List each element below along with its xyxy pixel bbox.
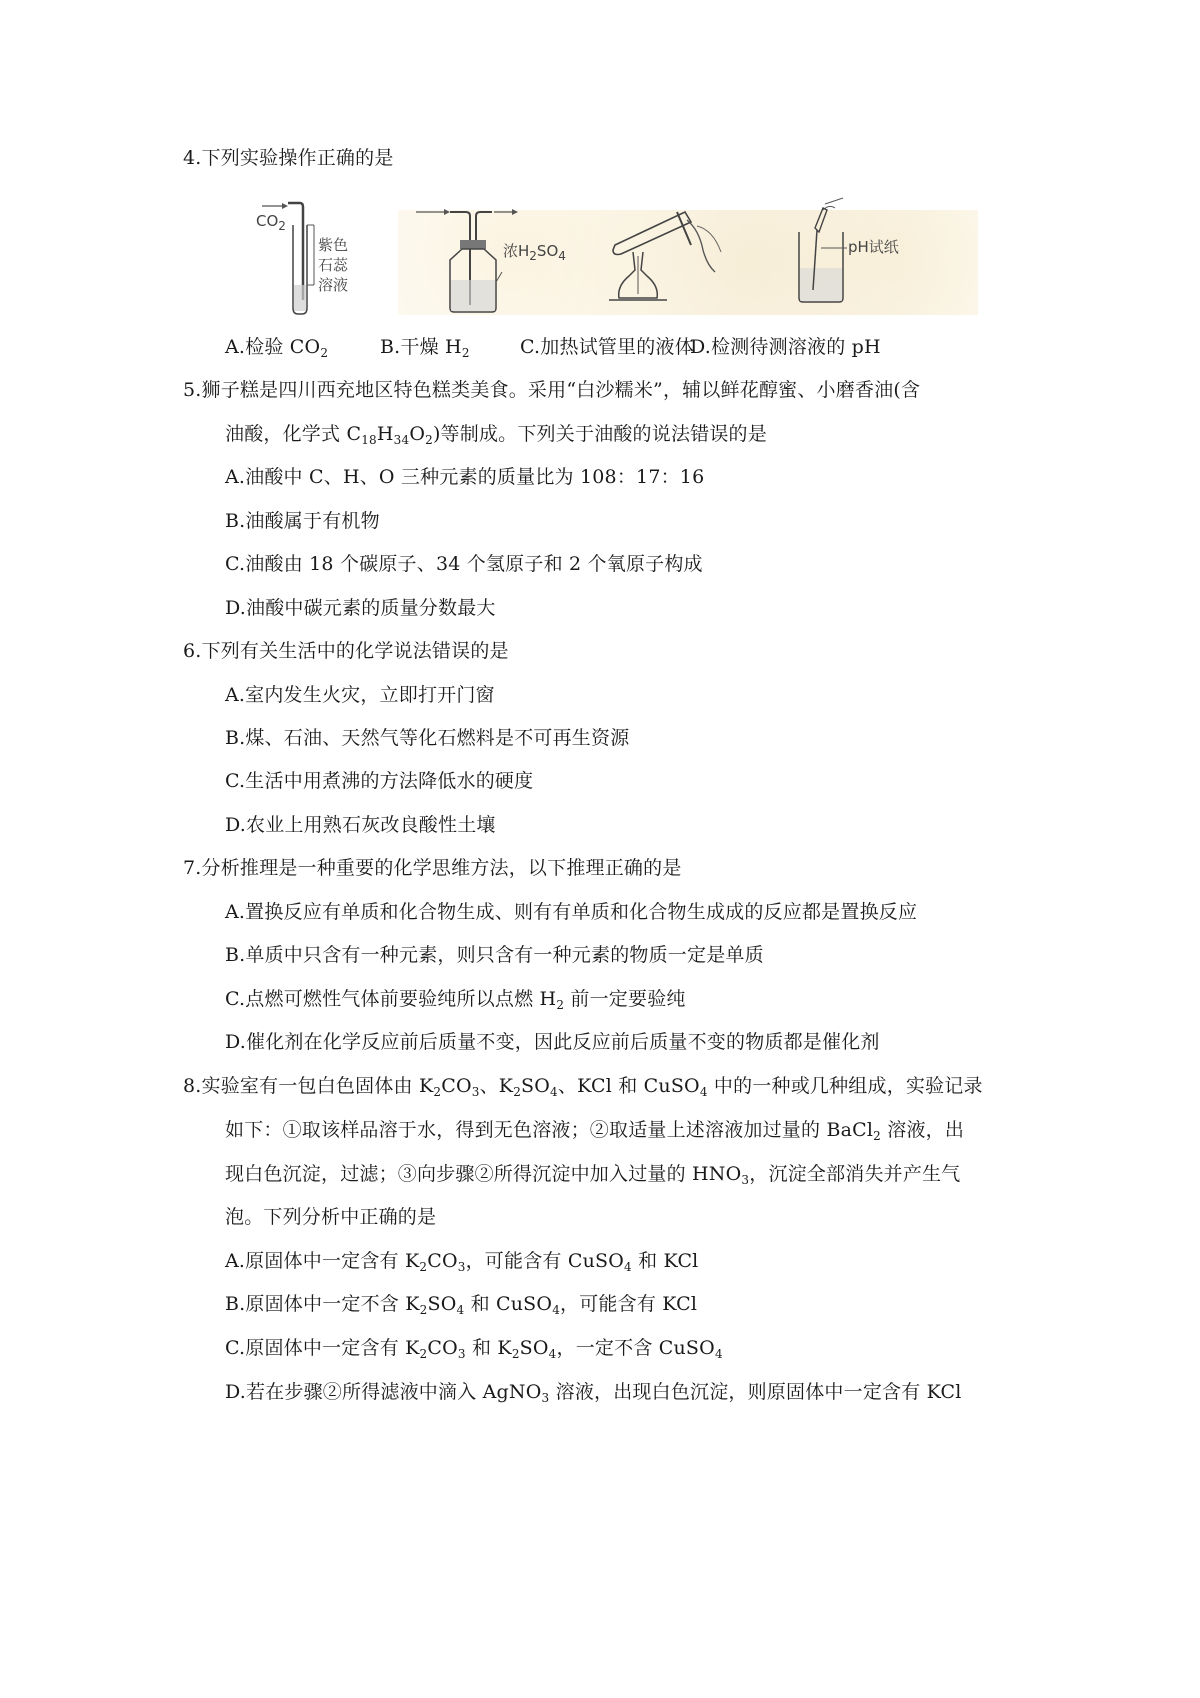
- question-8-option-a[interactable]: A.原固体中一定含有 K2CO3，可能含有 CuSO4 和 KCl: [225, 1249, 698, 1273]
- question-5-stem-line2: 油酸，化学式 C18H34O2)等制成。下列关于油酸的说法错误的是: [225, 422, 767, 446]
- question-7-stem: 7.分析推理是一种重要的化学思维方法，以下推理正确的是: [183, 856, 682, 880]
- heating-test-tube-icon: [603, 190, 783, 315]
- question-6-stem: 6.下列有关生活中的化学说法错误的是: [183, 639, 509, 663]
- question-7-option-a[interactable]: A.置换反应有单质和化合物生成、则有有单质和化合物生成成的反应都是置换反应: [225, 900, 917, 924]
- question-4-figure: CO2 紫色 石蕊 溶液 浓H2SO4 pH试纸: [248, 190, 978, 330]
- question-5-option-c[interactable]: C.油酸由 18 个碳原子、34 个氢原子和 2 个氧原子构成: [225, 552, 703, 576]
- co2-litmus-test-tube-icon: [248, 190, 368, 315]
- question-8-stem-line1: 8.实验室有一包白色固体由 K2CO3、K2SO4、KCl 和 CuSO4 中的…: [183, 1074, 983, 1098]
- question-4-option-a[interactable]: A.检验 CO2: [225, 335, 328, 359]
- question-5-stem-line1: 5.狮子糕是四川西充地区特色糕类美食。采用“白沙糯米”，辅以鲜花醇蜜、小磨香油(…: [183, 378, 920, 402]
- litmus-label-line3: 溶液: [318, 276, 348, 294]
- question-8-option-d[interactable]: D.若在步骤②所得滤液中滴入 AgNO3 溶液，出现白色沉淀，则原固体中一定含有…: [225, 1380, 962, 1404]
- question-8-stem-line2: 如下：①取该样品溶于水，得到无色溶液；②取适量上述溶液加过量的 BaCl2 溶液…: [225, 1118, 964, 1142]
- question-7-option-c[interactable]: C.点燃可燃性气体前要验纯所以点燃 H2 前一定要验纯: [225, 987, 686, 1011]
- question-7-option-b[interactable]: B.单质中只含有一种元素，则只含有一种元素的物质一定是单质: [225, 943, 764, 967]
- question-6-option-c[interactable]: C.生活中用煮沸的方法降低水的硬度: [225, 769, 533, 793]
- question-8-option-c[interactable]: C.原固体中一定含有 K2CO3 和 K2SO4，一定不含 CuSO4: [225, 1336, 723, 1360]
- question-8-option-b[interactable]: B.原固体中一定不含 K2SO4 和 CuSO4，可能含有 KCl: [225, 1292, 697, 1316]
- question-7-option-d[interactable]: D.催化剂在化学反应前后质量不变，因此反应前后质量不变的物质都是催化剂: [225, 1030, 880, 1054]
- question-4-option-b[interactable]: B.干燥 H2: [380, 335, 470, 359]
- question-6-option-d[interactable]: D.农业上用熟石灰改良酸性土壤: [225, 813, 496, 837]
- litmus-label-line2: 石蕊: [318, 256, 348, 274]
- question-8-stem-line3: 现白色沉淀，过滤；③向步骤②所得沉淀中加入过量的 HNO3，沉淀全部消失并产生气: [225, 1162, 960, 1186]
- conc-h2so4-label: 浓H2SO4: [503, 242, 566, 260]
- co2-label: CO2: [256, 212, 286, 230]
- question-6-option-a[interactable]: A.室内发生火灾，立即打开门窗: [225, 683, 495, 707]
- question-5-option-a[interactable]: A.油酸中 C、H、O 三种元素的质量比为 108：17：16: [225, 465, 704, 489]
- question-4-stem: 4.下列实验操作正确的是: [183, 146, 394, 170]
- question-4-option-d[interactable]: D.检测待测溶液的 pH: [690, 335, 881, 359]
- ph-paper-label: pH试纸: [848, 238, 899, 256]
- question-6-option-b[interactable]: B.煤、石油、天然气等化石燃料是不可再生资源: [225, 726, 629, 750]
- question-4-options: A.检验 CO2 B.干燥 H2 C.加热试管里的液体 D.检测待测溶液的 pH: [225, 335, 1005, 359]
- litmus-label-line1: 紫色: [318, 236, 348, 254]
- question-5-option-b[interactable]: B.油酸属于有机物: [225, 509, 380, 533]
- question-5-option-d[interactable]: D.油酸中碳元素的质量分数最大: [225, 596, 496, 620]
- question-8-stem-line4: 泡。下列分析中正确的是: [225, 1205, 436, 1229]
- question-4-option-c[interactable]: C.加热试管里的液体: [520, 335, 694, 359]
